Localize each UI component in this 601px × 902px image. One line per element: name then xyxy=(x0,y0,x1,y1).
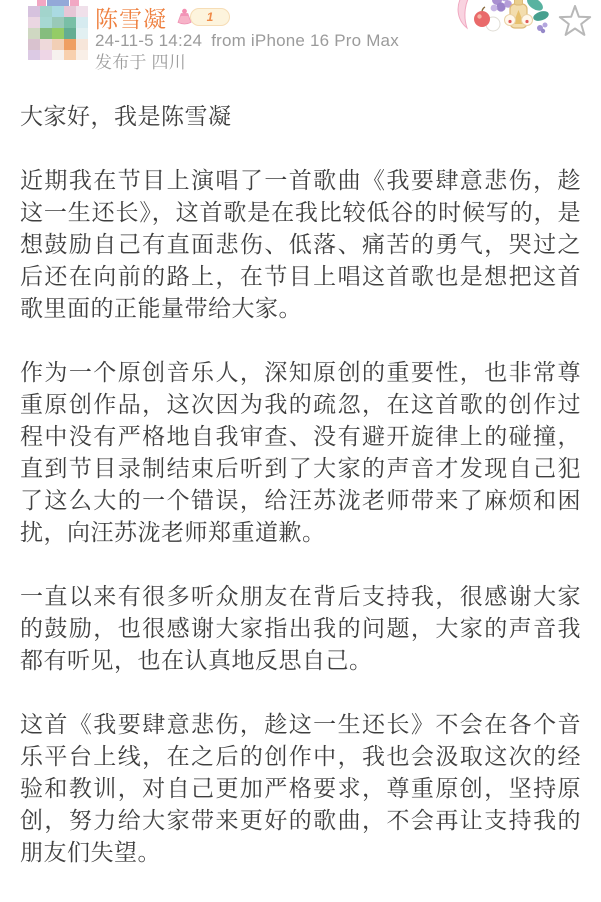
post-paragraph: 一直以来有很多听众朋友在背后支持我，很感谢大家的鼓励，也很感谢大家指出我的问题，… xyxy=(20,580,581,676)
fan-club-badge[interactable]: 1 xyxy=(175,8,230,27)
avatar[interactable] xyxy=(28,0,88,60)
post-paragraph: 大家好，我是陈雪凝 xyxy=(20,100,581,132)
post-paragraph: 作为一个原创音乐人，深知原创的重要性，也非常尊重原创作品，这次因为我的疏忽，在这… xyxy=(20,356,581,548)
post-paragraph: 这首《我要肆意悲伤，趁这一生还长》不会在各个音乐平台上线，在之后的创作中，我也会… xyxy=(20,708,581,868)
post-body: 大家好，我是陈雪凝 近期我在节目上演唱了一首歌曲《我要肆意悲伤，趁这一生还长》，… xyxy=(0,92,601,868)
avatar-head-band xyxy=(47,0,69,6)
flower-fruit-pendant-decoration xyxy=(453,0,555,42)
post-header: 陈雪凝 1 24-11-5 14:24from iPhone 16 Pro Ma… xyxy=(0,0,601,92)
post-source-device[interactable]: from iPhone 16 Pro Max xyxy=(211,31,399,50)
post-timestamp: 24-11-5 14:24 xyxy=(95,31,202,50)
pink-dress-icon xyxy=(175,8,194,27)
author-name[interactable]: 陈雪凝 xyxy=(95,1,167,34)
avatar-ears-decoration xyxy=(28,0,88,6)
post-location[interactable]: 发布于 四川 xyxy=(95,52,399,73)
fan-badge-level: 1 xyxy=(190,8,230,26)
post-meta-line: 24-11-5 14:24from iPhone 16 Pro Max xyxy=(95,30,399,51)
post-paragraph: 近期我在节目上演唱了一首歌曲《我要肆意悲伤，趁这一生还长》，这首歌是在我比较低谷… xyxy=(20,164,581,324)
header-text-block: 陈雪凝 1 24-11-5 14:24from iPhone 16 Pro Ma… xyxy=(95,4,399,73)
avatar-mosaic xyxy=(28,6,88,60)
collect-star-button[interactable] xyxy=(555,2,595,42)
avatar-left-ear xyxy=(37,0,46,6)
avatar-right-ear xyxy=(70,0,79,6)
star-outline-icon xyxy=(556,2,594,40)
weibo-post-page: 陈雪凝 1 24-11-5 14:24from iPhone 16 Pro Ma… xyxy=(0,0,601,902)
author-row: 陈雪凝 1 xyxy=(95,4,399,30)
